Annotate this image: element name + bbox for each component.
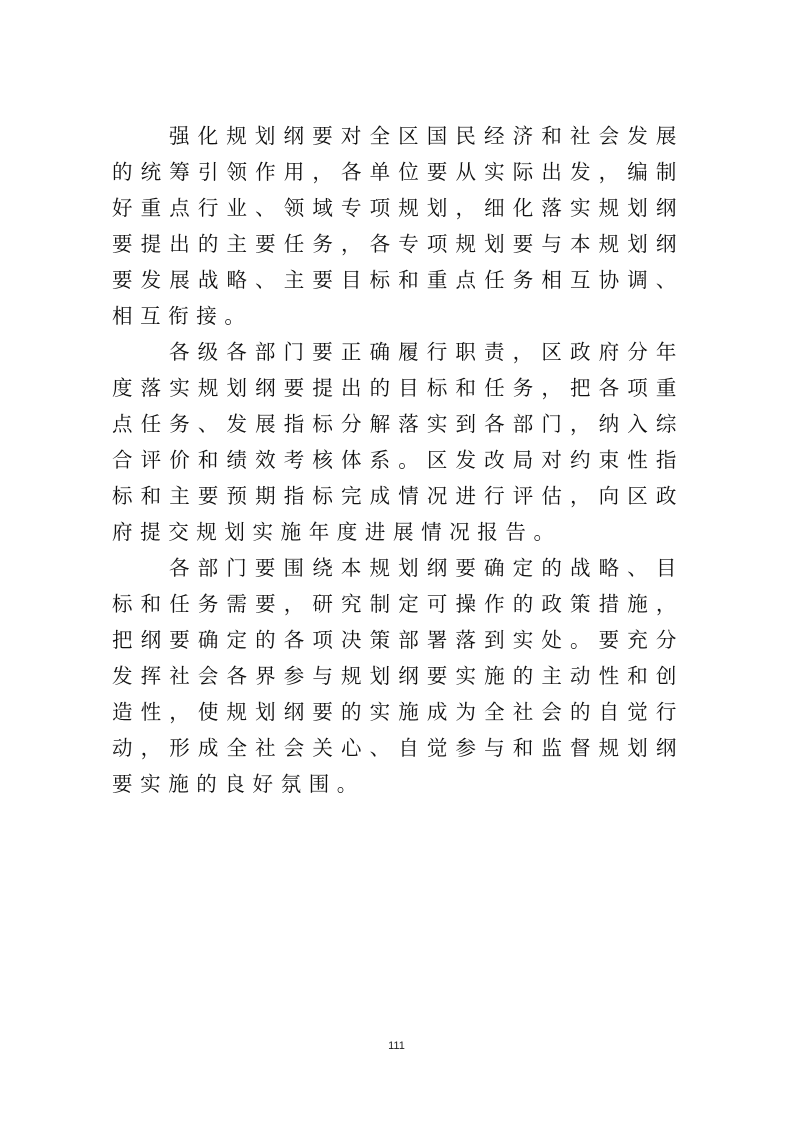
body-text: 强化规划纲要对全区国民经济和社会发展的统筹引领作用，各单位要从实际出发，编制好重… <box>112 118 684 802</box>
page-number: 111 <box>0 1040 793 1052</box>
paragraph-2: 各级各部门要正确履行职责，区政府分年度落实规划纲要提出的目标和任务，把各项重点任… <box>112 334 684 550</box>
document-page: 强化规划纲要对全区国民经济和社会发展的统筹引领作用，各单位要从实际出发，编制好重… <box>0 0 793 1122</box>
paragraph-1: 强化规划纲要对全区国民经济和社会发展的统筹引领作用，各单位要从实际出发，编制好重… <box>112 118 684 334</box>
paragraph-3: 各部门要围绕本规划纲要确定的战略、目标和任务需要，研究制定可操作的政策措施，把纲… <box>112 550 684 802</box>
